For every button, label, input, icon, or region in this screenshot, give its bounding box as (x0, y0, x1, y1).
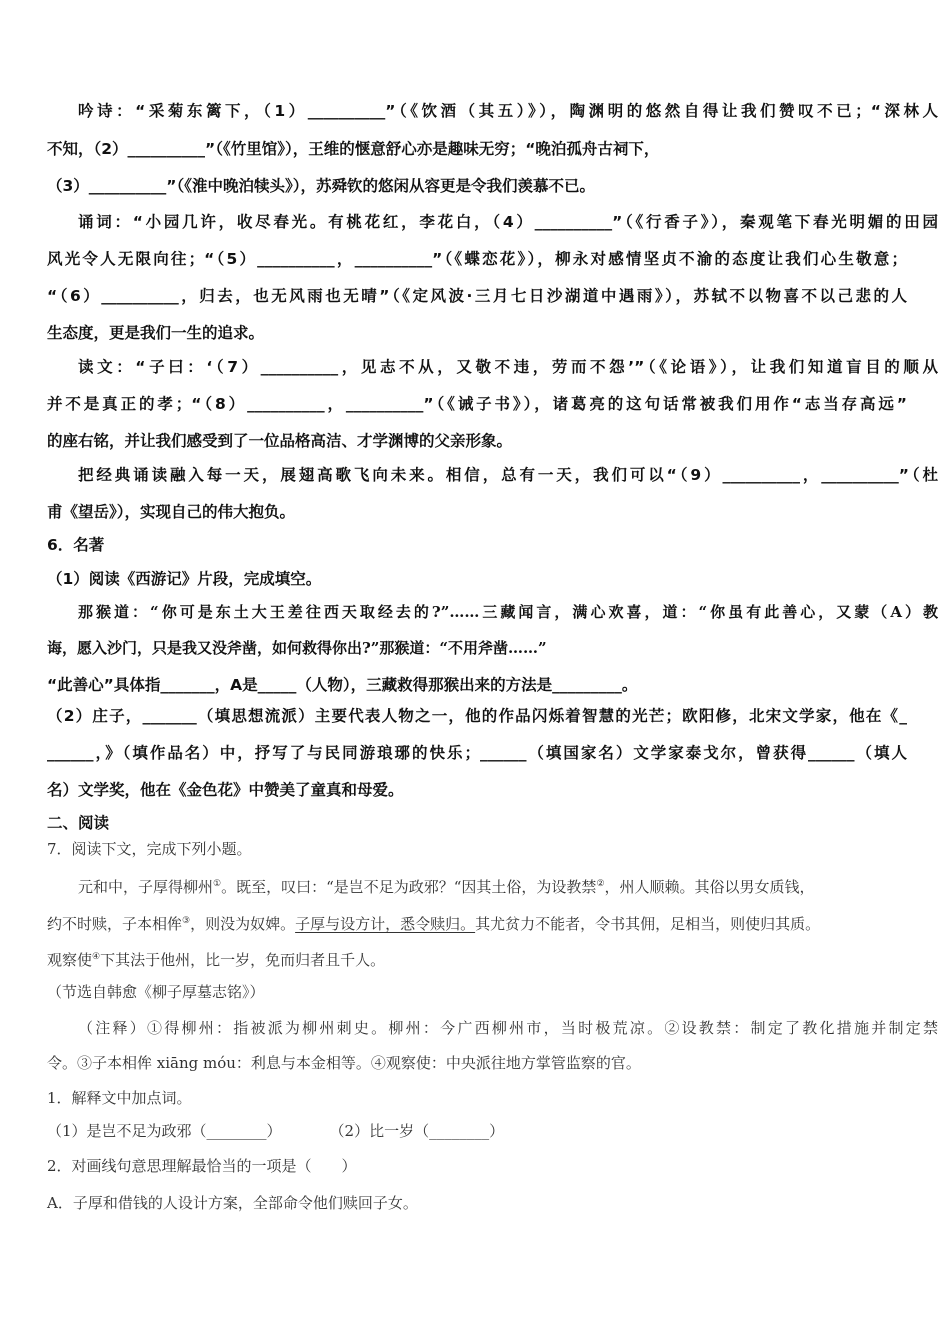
footnote-marker: ② (596, 879, 604, 889)
notes-line-2: 令。③子本相侔 xiāng móu：利息与本金相等。④观察使：中央派往地方掌管监… (47, 1053, 907, 1073)
wen-line-3: 的座右铭，并让我们感受到了一位品格高洁、才学渊博的父亲形象。 (47, 431, 907, 451)
sub-question-1-item-2: （2）比一岁（________） (330, 1122, 505, 1140)
passage-text: ，州人顺赖。其俗以男女质钱， (605, 878, 815, 896)
ci-line-3: “（6）__________，归去，也无风雨也无晴”（《定风波·三月七日沙湖道中… (47, 286, 907, 306)
sub-question-1-item-1: （1）是岂不足为政邪（________） (47, 1122, 282, 1140)
footnote-marker: ① (213, 879, 221, 889)
wen-line-1: 读文：“子曰：‘（7）__________，见志不从，又敬不违，劳而不怨’”（《… (47, 357, 938, 377)
ci-line-1: 诵词：“小园几许，收尽春光。有桃花红，李花白，（4）__________”（《行… (47, 212, 938, 232)
passage-line-2: 约不时赎，子本相侔③，则没为奴婢。子厚与设方计，悉令赎归。其尤贫力不能者，令书其… (47, 911, 907, 934)
section6-q1-blanks: “此善心”具体指_______，A是_____（人物），三藏救得那猴出来的方法是… (47, 675, 907, 695)
sub-question-2-option-a: A．子厚和借钱的人设计方案，全部命令他们赎回子女。 (47, 1193, 907, 1213)
xiyouji-excerpt-line-1: 那猴道：“你可是东土大王差往西天取经去的?”……三藏闻言，满心欢喜，道：“你虽有… (47, 602, 938, 622)
sub-question-1-items: （1）是岂不足为政邪（________）（2）比一岁（________） (47, 1121, 907, 1141)
poem-line-3: （3）__________”（《淮中晚泊犊头》），苏舜钦的悠闲从容更是令我们羡慕… (47, 176, 907, 196)
passage-text: 其尤贫力不能者，令书其佣，足相当，则使归其质。 (475, 915, 820, 933)
passage-text: 约不时赎，子本相侔 (47, 915, 182, 933)
footnote-marker: ④ (92, 952, 100, 962)
passage-text: ，则没为奴婢。 (190, 915, 295, 933)
section6-q2-line-1: （2）庄子，_______（填思想流派）主要代表人物之一，他的作品闪烁着智慧的光… (47, 706, 907, 726)
ci-line-2: 风光令人无限向往；“（5）__________，__________”（《蝶恋花… (47, 249, 907, 269)
passage-line-1: 元和中，子厚得柳州①。既至，叹曰：“是岂不足为政邪？“因其土俗，为设教禁②，州人… (47, 874, 938, 897)
poem-line-1: 吟诗：“采菊东篱下，（1）__________”（《饮酒（其五）》），陶渊明的悠… (47, 101, 938, 121)
passage-text: 元和中，子厚得柳州 (78, 878, 213, 896)
footnote-marker: ③ (182, 916, 190, 926)
sub-question-1-prompt: 1．解释文中加点词。 (47, 1088, 907, 1108)
passage-source: （节选自韩愈《柳子厚墓志铭》） (47, 982, 907, 1002)
passage-text: 下其法于他州，比一岁，免而归者且千人。 (100, 951, 385, 969)
section6-q2-line-3: 名）文学奖，他在《金色花》中赞美了童真和母爱。 (47, 780, 907, 800)
xiyouji-excerpt-line-2: 诲，愿入沙门，只是我又没斧凿，如何救得你出?”那猴道：“不用斧凿……” (47, 638, 907, 658)
notes-line-1: （注释）①得柳州：指被派为柳州刺史。柳州：今广西柳州市，当时极荒凉。②设教禁：制… (47, 1018, 938, 1038)
q7-prompt: 7．阅读下文，完成下列小题。 (47, 839, 907, 859)
ci-line-4: 生态度，更是我们一生的追求。 (47, 323, 907, 343)
part2-heading: 二、阅读 (47, 813, 907, 833)
end-line-1: 把经典诵读融入每一天，展翅高歌飞向未来。相信，总有一天，我们可以“（9）____… (47, 465, 938, 485)
section6-q2-line-2: ______，》（填作品名）中，抒写了与民同游琅琊的快乐；______（填国家名… (47, 743, 907, 763)
passage-text: 观察使 (47, 951, 92, 969)
section6-title: 6．名著 (47, 535, 907, 555)
wen-line-2: 并不是真正的孝；“（8）__________，__________”（《诫子书》… (47, 394, 907, 414)
passage-line-3: 观察使④下其法于他州，比一岁，免而归者且千人。 (47, 947, 907, 970)
section6-q1-prompt: （1）阅读《西游记》片段，完成填空。 (47, 569, 907, 589)
sub-question-2-prompt: 2．对画线句意思理解最恰当的一项是（ ） (47, 1156, 907, 1176)
end-line-2: 甫《望岳》），实现自己的伟大抱负。 (47, 502, 907, 522)
poem-line-2: 不知，（2）__________”（《竹里馆》），王维的惬意舒心亦是趣味无穷；“… (47, 139, 907, 159)
passage-text: 。既至，叹曰：“是岂不足为政邪？“因其土俗，为设教禁 (221, 878, 596, 896)
underlined-sentence: 子厚与设方计，悉令赎归。 (295, 915, 475, 933)
